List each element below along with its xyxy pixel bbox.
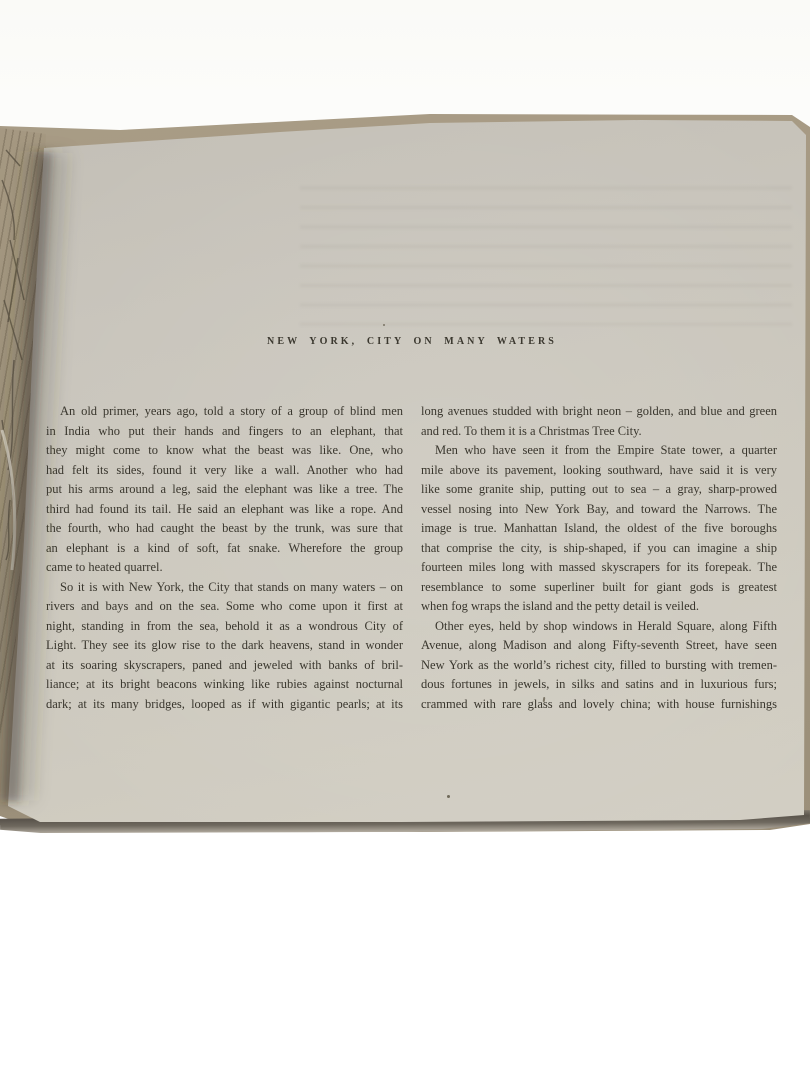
- text-line: put his arms around a leg, said the elep…: [46, 480, 403, 500]
- text-line: mile above its pavement, looking southwa…: [421, 461, 777, 481]
- text-line: New York as the world’s richest city, fi…: [421, 656, 777, 676]
- text-line: Other eyes, held by shop windows in Hera…: [421, 617, 777, 637]
- text-line: crammed with rare glass and lovely china…: [421, 695, 777, 715]
- text-line: came to heated quarrel.: [46, 558, 403, 578]
- text-line: had felt its sides, found it very like a…: [46, 461, 403, 481]
- text-line: liance; at its bright beacons winking li…: [46, 675, 403, 695]
- text-line: like some granite ship, putting out to s…: [421, 480, 777, 500]
- text-line: third had found its tail. He said an ele…: [46, 500, 403, 520]
- text-line: they might come to know what the beast w…: [46, 441, 403, 461]
- text-line: image is true. Manhattan Island, the old…: [421, 519, 777, 539]
- text-line: at its soaring skyscrapers, paned and je…: [46, 656, 403, 676]
- text-line: rivers and bays and on the sea. Some who…: [46, 597, 403, 617]
- text-line: So it is with New York, the City that st…: [46, 578, 403, 598]
- text-column-left: An old primer, years ago, told a story o…: [46, 402, 403, 714]
- text-line: and red. To them it is a Christmas Tree …: [421, 422, 777, 442]
- text-line: Men who have seen it from the Empire Sta…: [421, 441, 777, 461]
- page-title: NEW YORK, CITY ON MANY WATERS: [47, 336, 777, 347]
- text-line: when fog wraps the island and the petty …: [421, 597, 777, 617]
- text-line: resemblance to some superliner built for…: [421, 578, 777, 598]
- text-line: Light. They see its glow rise to the dar…: [46, 636, 403, 656]
- text-line: long avenues studded with bright neon – …: [421, 402, 777, 422]
- text-line: in India who put their hands and fingers…: [46, 422, 403, 442]
- text-line: Avenue, along Madison and along Fifty-se…: [421, 636, 777, 656]
- text-line: An old primer, years ago, told a story o…: [46, 402, 403, 422]
- text-line: an elephant is a kind of soft, fat snake…: [46, 539, 403, 559]
- book-photo: NEW YORK, CITY ON MANY WATERS An old pri…: [0, 0, 810, 1080]
- text-line: that comprise the city, is ship-shaped, …: [421, 539, 777, 559]
- text-line: vessel nosing into New York Bay, and tow…: [421, 500, 777, 520]
- text-column-right: long avenues studded with bright neon – …: [421, 402, 777, 714]
- text-line: the fourth, who had caught the beast by …: [46, 519, 403, 539]
- text-line: dark; at its many bridges, looped as if …: [46, 695, 403, 715]
- text-line: fourteen miles long with massed skyscrap…: [421, 558, 777, 578]
- text-line: dous fortunes in jewels, in silks and sa…: [421, 675, 777, 695]
- book-page: NEW YORK, CITY ON MANY WATERS An old pri…: [0, 0, 810, 1080]
- text-line: night, standing in from the sea, behold …: [46, 617, 403, 637]
